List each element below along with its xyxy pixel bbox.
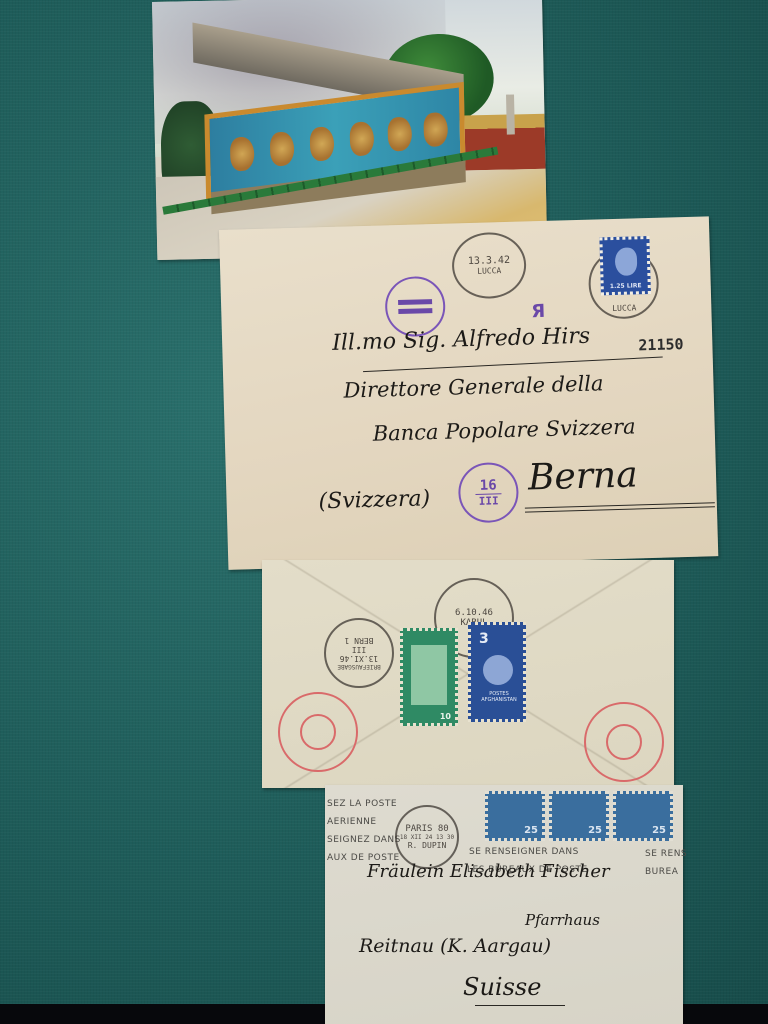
stamp-france-sower: 25: [613, 791, 673, 841]
stamp-value: 1.25 LIRE: [604, 282, 648, 290]
censor-bar: [398, 299, 432, 305]
postmark-date: 18 XII 24 13 30: [400, 834, 454, 841]
postmark-lucca-left: 13.3.42 LUCCA: [451, 231, 527, 299]
slogan-line: AERIENNE: [327, 817, 377, 827]
address-line-2: Pfarrhaus: [525, 911, 600, 929]
slogan-line: SE RENSEIGNER DANS: [469, 847, 579, 857]
stamp-france-sower: 25: [549, 791, 609, 841]
dragon-relief: [423, 111, 448, 148]
postmark-date: 6.10.46: [455, 608, 493, 618]
address-line-1: Fräulein Elisabeth Fischer: [367, 861, 610, 882]
cover-afghanistan: 6.10.46 KABUL BRIEFAUSGABE 13.XI.46 III …: [262, 560, 674, 788]
seal-emblem: [606, 724, 642, 760]
stamp-afghanistan-blue: 3 POSTES AFGHANISTAN: [468, 622, 526, 722]
country-underline: [475, 1005, 565, 1006]
postmark-bern: BRIEFAUSGABE 13.XI.46 III BERN 1: [324, 618, 394, 688]
registration-number: 21150: [638, 335, 684, 354]
stamp-value: 25: [652, 825, 666, 836]
stamp-value: 25: [524, 825, 538, 836]
dragon-relief: [310, 125, 335, 162]
censor-number: 16: [480, 477, 497, 493]
red-seal-left: [278, 692, 358, 772]
slogan-line: SEZ LA POSTE: [327, 799, 397, 809]
king-portrait: [615, 247, 638, 276]
slogan-line: SE RENS: [645, 849, 687, 859]
address-line-3: Banca Popolare Svizzera: [372, 414, 635, 445]
address-line-3: Reitnau (K. Aargau): [359, 935, 551, 957]
slogan-line: SEIGNEZ DANS: [327, 835, 401, 845]
postmark-place: BERN 1: [345, 636, 374, 645]
dragon-relief: [270, 130, 295, 167]
stamp-denomination: 10: [440, 712, 451, 721]
stamp-value: 25: [588, 825, 602, 836]
censor-mark-16-III: 16 III: [458, 462, 520, 524]
address-line-country: Suisse: [463, 973, 541, 1001]
slogan-line: BUREA: [645, 867, 678, 877]
postmark-date: 13.3.42: [468, 255, 510, 267]
small-violet-mark: Я: [531, 301, 545, 322]
address-line-city: Berna: [527, 454, 638, 498]
postmark-sub: III: [352, 645, 366, 654]
censor-roman: III: [479, 494, 499, 508]
postmark-place: PARIS 80: [405, 824, 448, 834]
postcard-temple-building: [464, 114, 545, 171]
stamp-country: POSTES AFGHANISTAN: [473, 691, 525, 703]
address-line-4: (Svizzera): [318, 486, 430, 514]
seal-emblem: [300, 714, 336, 750]
stamp-france-sower: 25: [485, 791, 545, 841]
postcard-nine-dragon-wall: [152, 0, 547, 260]
stamp-italy-king: 1.25 LIRE: [599, 236, 651, 295]
stamp-portrait: [483, 655, 513, 685]
postcard-pagoda: [506, 94, 515, 134]
stamp-denomination: 3: [479, 631, 489, 647]
postmark-street: R. DUPIN: [408, 841, 447, 850]
postmark-paris: PARIS 80 18 XII 24 13 30 R. DUPIN: [395, 805, 459, 869]
red-seal-right: [584, 702, 664, 782]
censor-bar: [398, 308, 432, 314]
cover-france: SEZ LA POSTE AERIENNE SEIGNEZ DANS AUX D…: [325, 785, 683, 1024]
stamp-vignette: [411, 645, 447, 705]
postmark-extra: BRIEFAUSGABE: [337, 663, 380, 670]
postmark-place: LUCCA: [477, 266, 501, 276]
stamp-afghanistan-green: 10: [400, 628, 458, 726]
dragon-relief: [350, 120, 375, 157]
cover-italy: 13.3.42 LUCCA LUCCA 1.25 LIRE Я Ill.mo S…: [219, 216, 718, 570]
dragon-relief: [230, 135, 255, 172]
address-line-1: Ill.mo Sig. Alfredo Hirs: [332, 324, 591, 356]
underline: [363, 357, 663, 373]
address-line-2: Direttore Generale della: [343, 371, 604, 402]
dragon-relief: [387, 115, 412, 152]
postmark-place: LUCCA: [612, 303, 636, 313]
postmark-date: 13.XI.46: [340, 654, 379, 663]
